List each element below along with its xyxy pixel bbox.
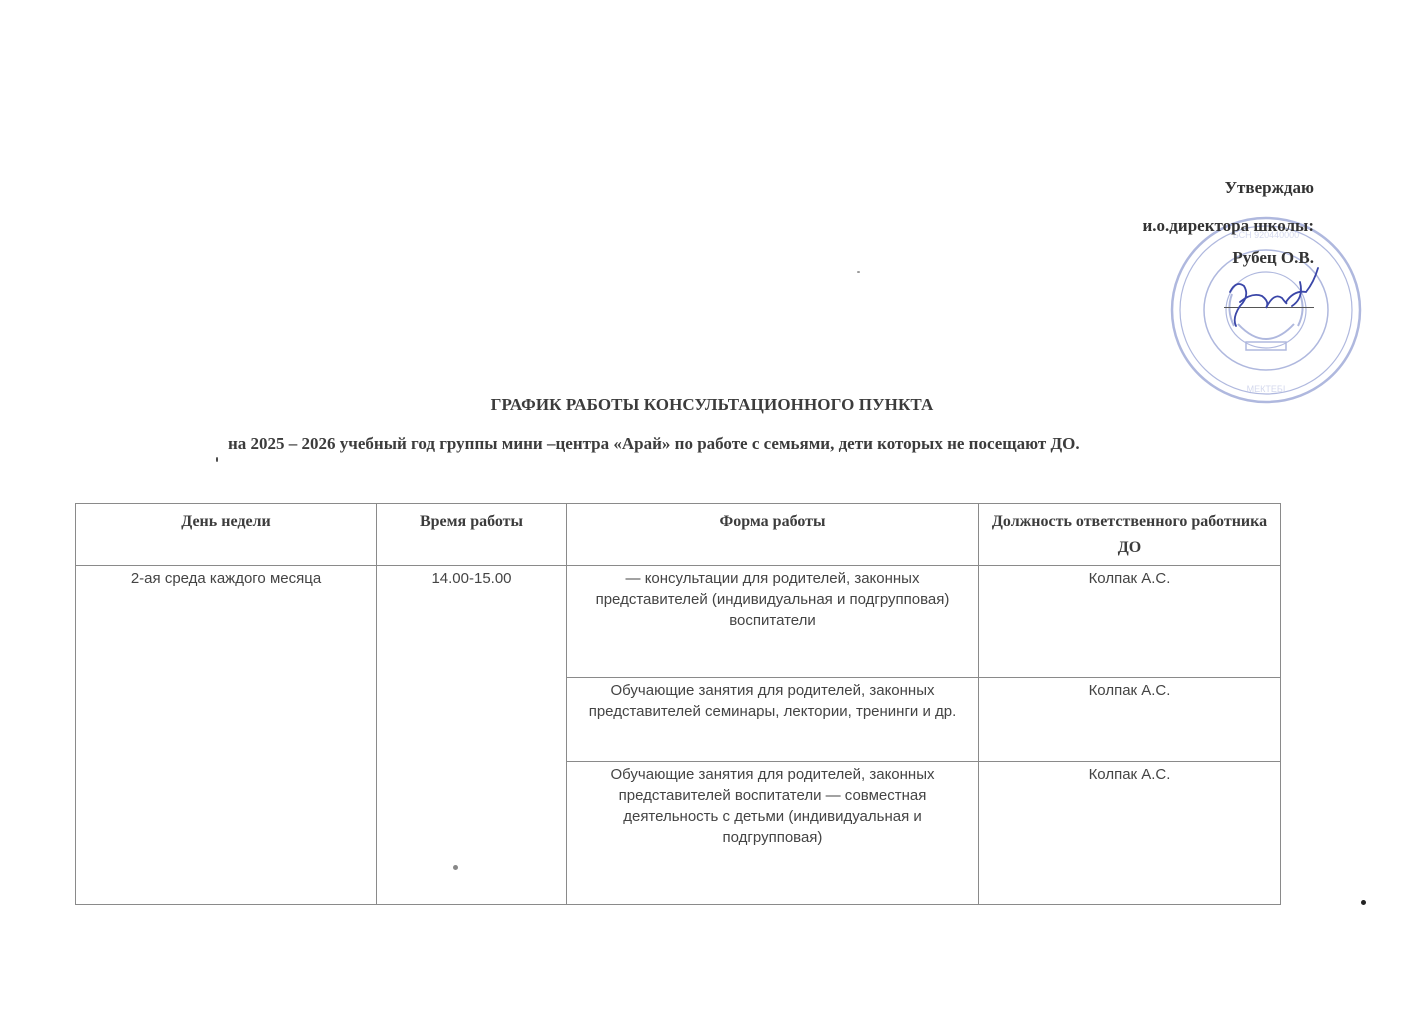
table-header-row: День недели Время работы Форма работы До… [76, 504, 1281, 566]
column-header-form: Форма работы [567, 504, 979, 566]
column-header-day: День недели [76, 504, 377, 566]
schedule-table: День недели Время работы Форма работы До… [75, 503, 1281, 905]
responsible-cell: Колпак А.С. [979, 566, 1281, 678]
day-cell: 2-ая среда каждого месяца [76, 566, 377, 905]
table-row: 2-ая среда каждого месяца 14.00-15.00 — … [76, 566, 1281, 678]
scan-speck [1361, 900, 1366, 905]
form-cell: Обучающие занятия для родителей, законны… [567, 678, 979, 762]
column-header-responsible: Должность ответственного работника ДО [979, 504, 1281, 566]
svg-text:МЕКТЕБІ: МЕКТЕБІ [1247, 384, 1286, 394]
column-header-time: Время работы [377, 504, 567, 566]
approve-label: Утверждаю [1225, 178, 1314, 198]
scan-speck [857, 271, 860, 273]
approver-position: и.о.директора школы: [1143, 216, 1315, 236]
signature-icon [1222, 262, 1322, 332]
responsible-cell: Колпак А.С. [979, 762, 1281, 905]
scan-speck [453, 865, 458, 870]
document-subtitle: на 2025 – 2026 учебный год группы мини –… [228, 434, 1080, 454]
responsible-cell: Колпак А.С. [979, 678, 1281, 762]
time-cell: 14.00-15.00 [377, 566, 567, 905]
form-cell: Обучающие занятия для родителей, законны… [567, 762, 979, 905]
scan-speck [216, 457, 218, 462]
form-cell: — консультации для родителей, законных п… [567, 566, 979, 678]
